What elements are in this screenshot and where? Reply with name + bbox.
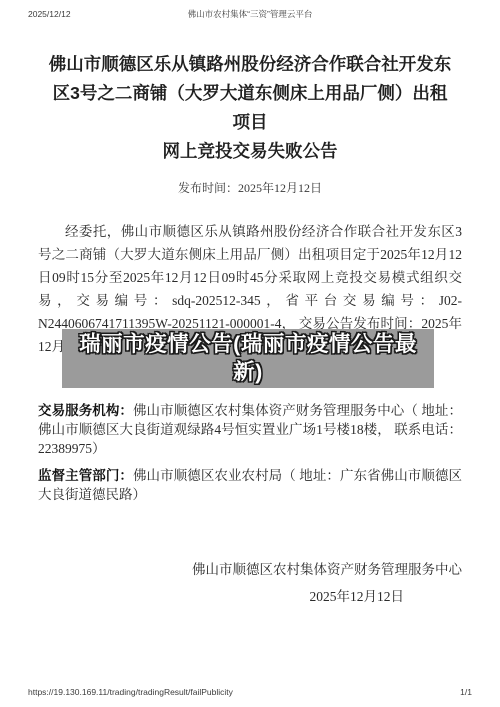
service-agency-label: 交易服务机构： <box>38 403 133 418</box>
announcement-document: 佛山市顺德区乐从镇路州股份经济合作联合社开发东区3号之二商铺（大罗大道东侧床上用… <box>0 44 500 608</box>
print-footer-url: https://19.130.169.11/trading/tradingRes… <box>28 687 233 697</box>
publish-date: 发布时间：2025年12月12日 <box>38 179 462 196</box>
print-header: 2025/12/12 佛山市农村集体“三资”管理云平台 <box>0 8 500 20</box>
supervisor-paragraph: 监督主管部门：佛山市顺德区农业农村局（ 地址：广东省佛山市顺德区大良街道德民路） <box>38 466 462 504</box>
supervisor-label: 监督主管部门： <box>38 468 133 483</box>
overlay-banner-text[interactable]: 瑞丽市疫情公告(瑞丽市疫情公告最新) <box>62 329 434 386</box>
service-agency-paragraph: 交易服务机构：佛山市顺德区农村集体资产财务管理服务中心（ 地址：佛山市顺德区大良… <box>38 401 462 458</box>
announcement-subtitle: 网上竞投交易失败公告 <box>38 137 462 166</box>
injected-overlay-banner[interactable]: 瑞丽市疫情公告(瑞丽市疫情公告最新) <box>62 329 434 388</box>
signature-date: 2025年12月12日 <box>38 585 462 608</box>
print-header-date: 2025/12/12 <box>28 9 148 19</box>
print-footer: https://19.130.169.11/trading/tradingRes… <box>0 687 500 697</box>
print-preview-page: 2025/12/12 佛山市农村集体“三资”管理云平台 佛山市顺德区乐从镇路州股… <box>0 0 500 707</box>
announcement-title: 佛山市顺德区乐从镇路州股份经济合作联合社开发东区3号之二商铺（大罗大道东侧床上用… <box>48 50 452 137</box>
print-header-platform-title: 佛山市农村集体“三资”管理云平台 <box>148 8 352 20</box>
print-footer-page-number: 1/1 <box>460 687 472 697</box>
signature-org: 佛山市顺德区农村集体资产财务管理服务中心 <box>38 558 462 581</box>
signature-block: 佛山市顺德区农村集体资产财务管理服务中心 2025年12月12日 <box>38 558 462 608</box>
